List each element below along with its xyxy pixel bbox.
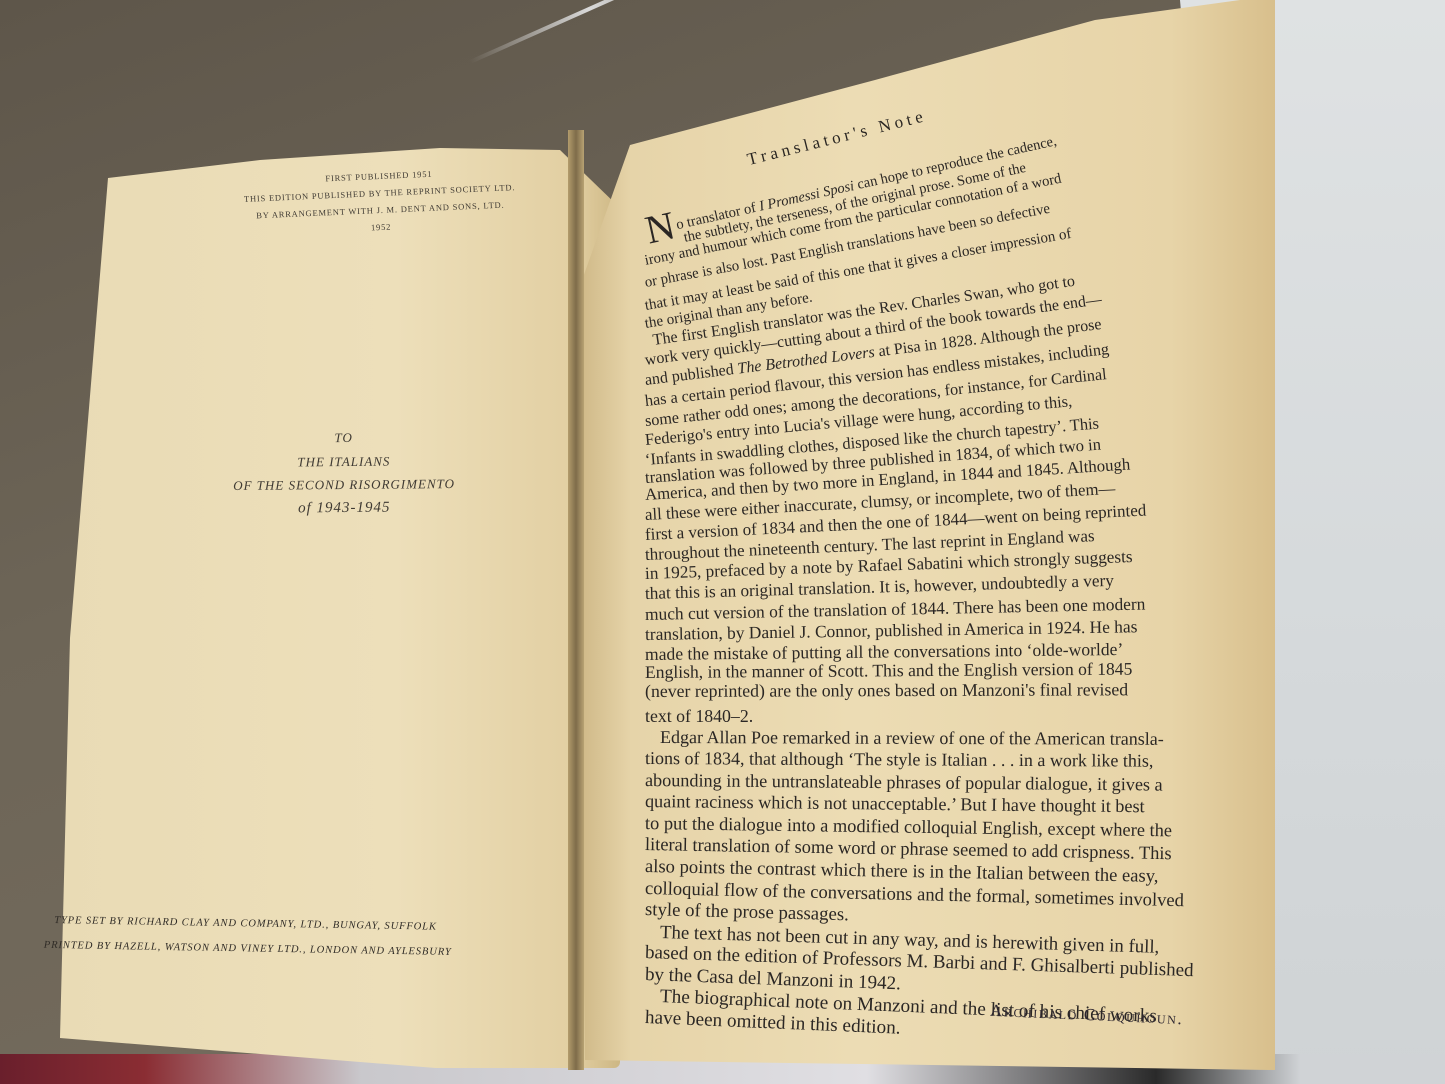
text-line: (never reprinted) are the only ones base… — [645, 679, 1128, 702]
text-line: tions of 1834, that although ‘The style … — [645, 748, 1154, 772]
book-gutter — [568, 130, 584, 1070]
dedication-line: of the Second Risorgimento — [214, 472, 474, 498]
dedication-line: The Italians — [214, 448, 474, 474]
dedication-block: To The Italians of the Second Risorgimen… — [214, 425, 475, 521]
printer-credits: Type set by Richard Clay and Company, Lt… — [44, 908, 525, 966]
dedication-line: To — [214, 425, 474, 451]
text-line: Edgar Allan Poe remarked in a review of … — [660, 727, 1164, 750]
text-line: text of 1840–2. — [645, 706, 753, 727]
dedication-line: of 1943-1945 — [214, 495, 474, 521]
